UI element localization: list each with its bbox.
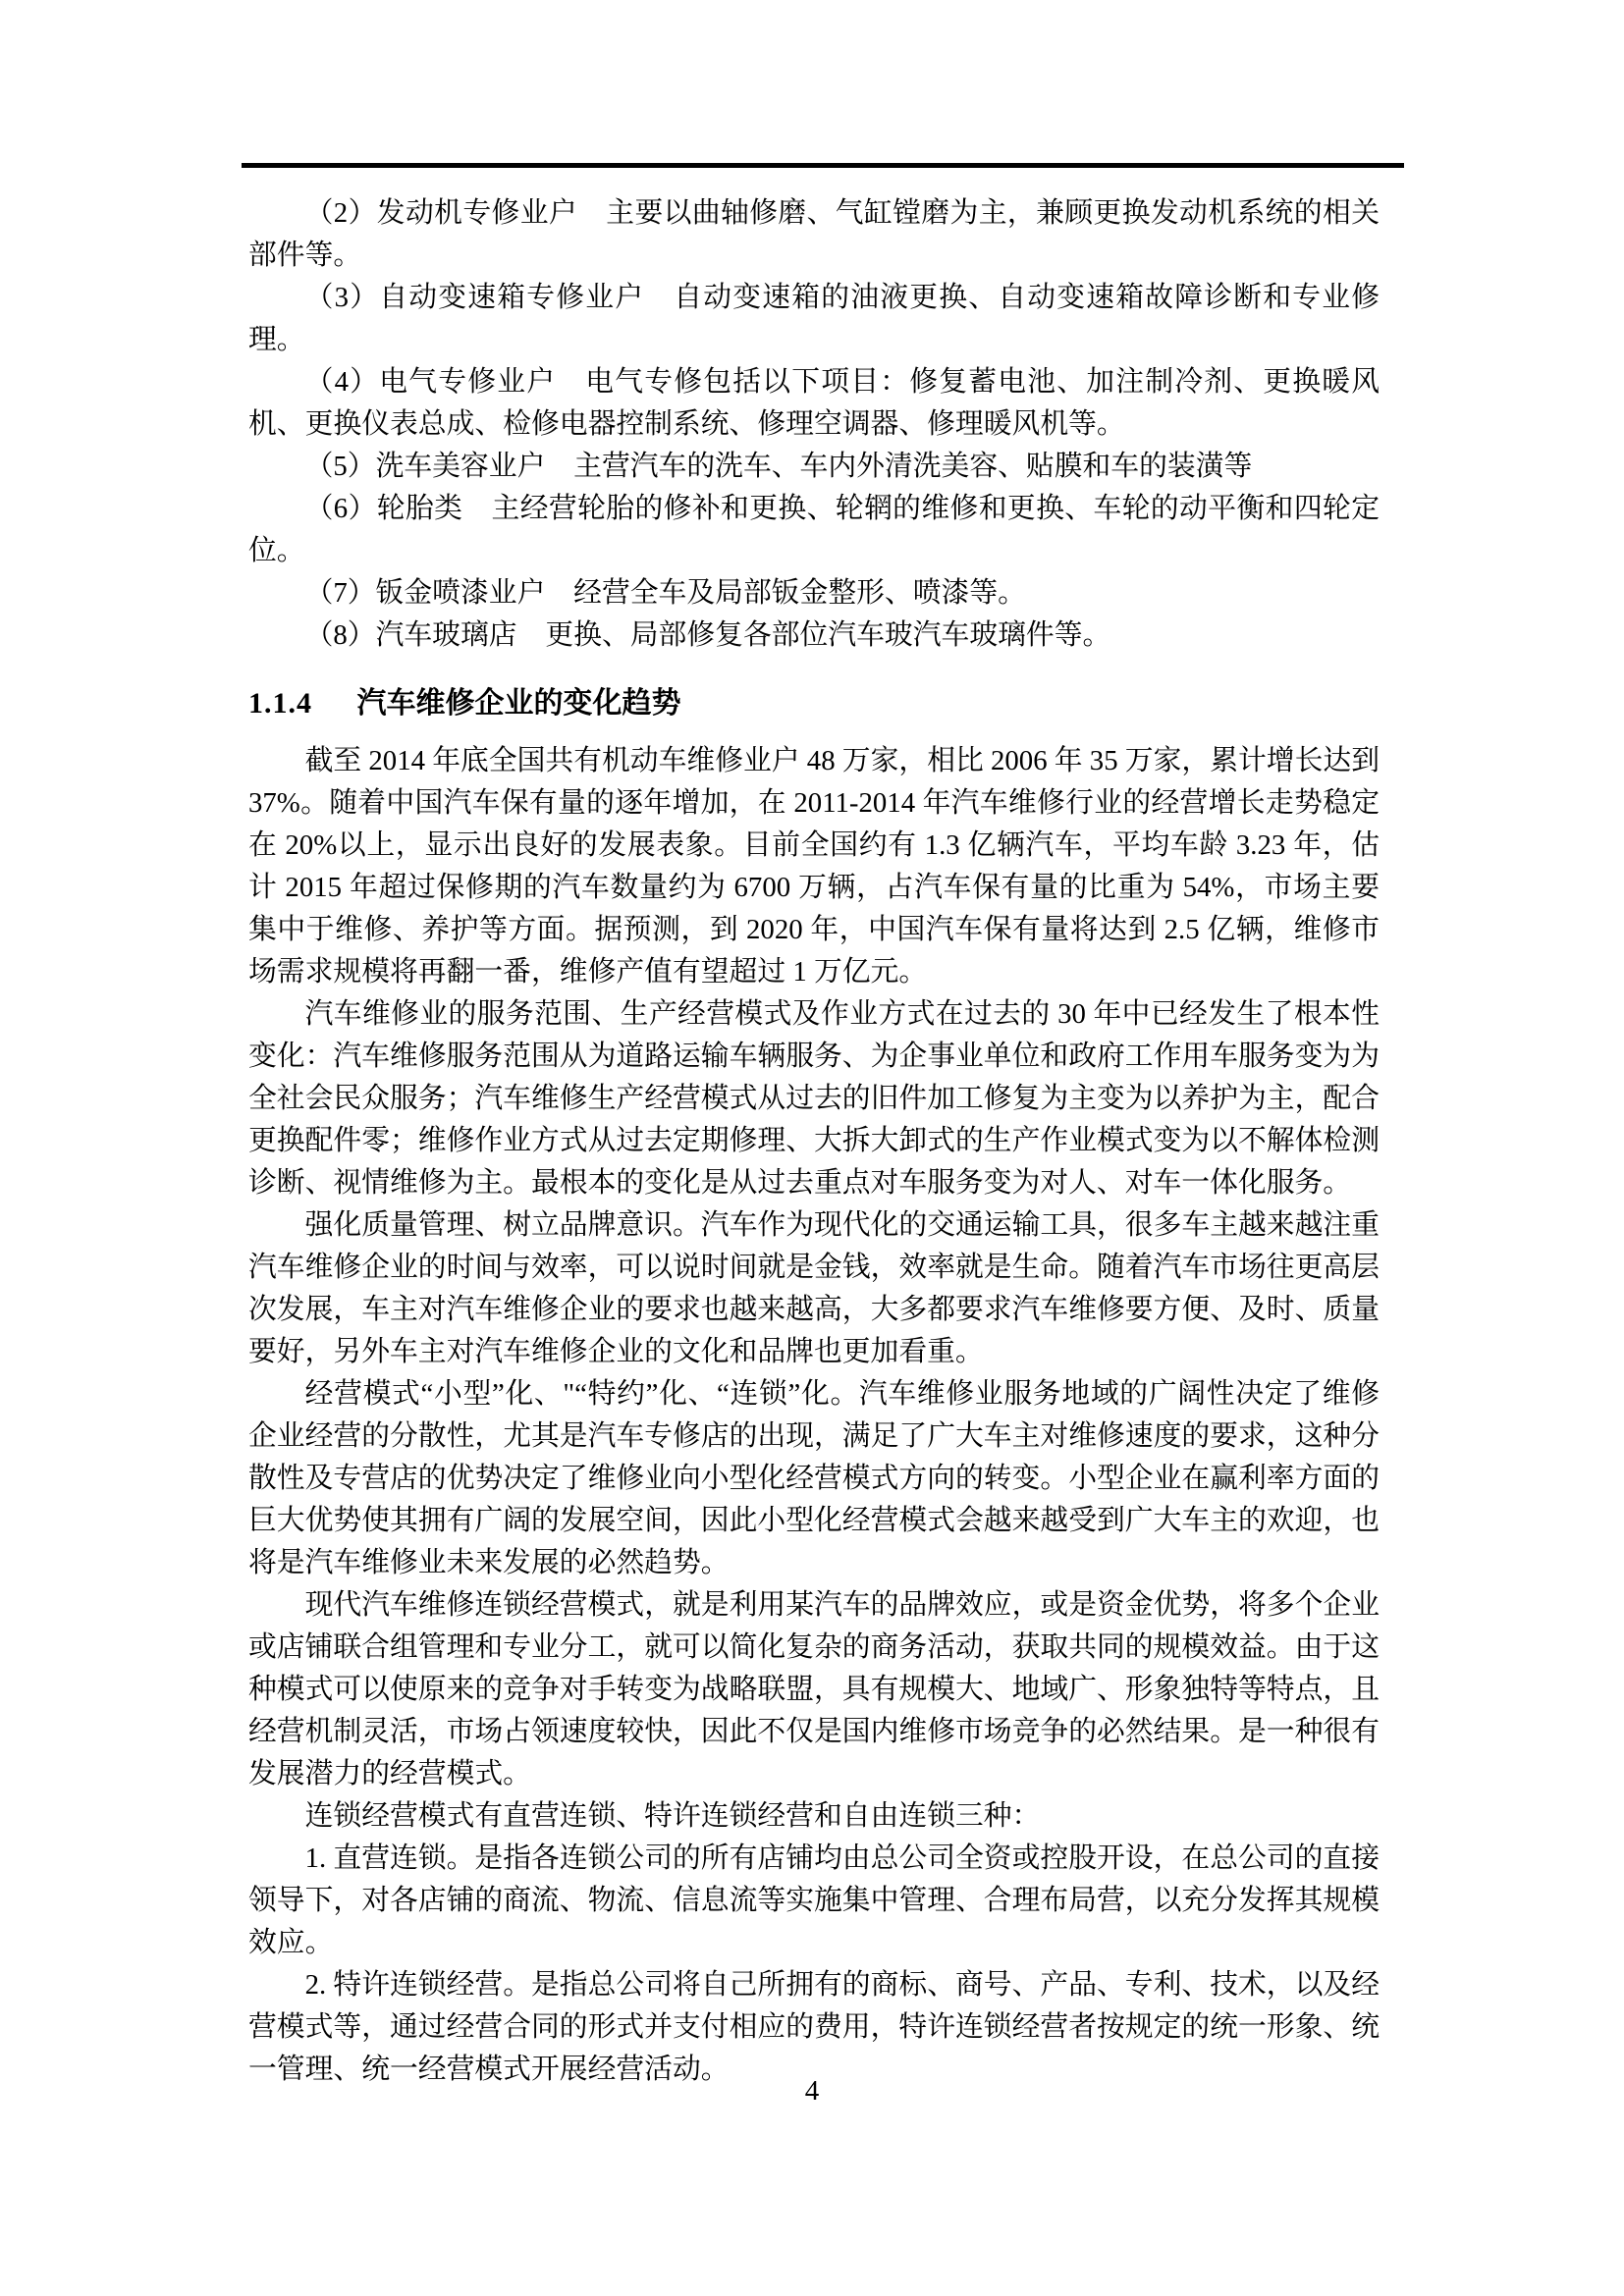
list-item: （7）钣金喷漆业户 经营全车及局部钣金整形、喷漆等。 bbox=[248, 572, 1380, 614]
header-rule bbox=[242, 163, 1404, 168]
document-page: （2）发动机专修业户 主要以曲轴修磨、气缸镗磨为主，兼顾更换发动机系统的相关部件… bbox=[0, 0, 1624, 2296]
section-heading: 1.1.4 汽车维修企业的变化趋势 bbox=[248, 682, 1380, 724]
paragraph: 现代汽车维修连锁经营模式，就是利用某汽车的品牌效应，或是资金优势，将多个企业或店… bbox=[248, 1584, 1380, 1795]
paragraph: 1. 直营连锁。是指各连锁公司的所有店铺均由总公司全资或控股开设，在总公司的直接… bbox=[248, 1838, 1380, 1964]
page-number: 4 bbox=[0, 2073, 1624, 2109]
list-item: （6）轮胎类 主经营轮胎的修补和更换、轮辋的维修和更换、车轮的动平衡和四轮定位。 bbox=[248, 488, 1380, 572]
paragraph: 截至 2014 年底全国共有机动车维修业户 48 万家，相比 2006 年 35… bbox=[248, 740, 1380, 993]
list-item: （2）发动机专修业户 主要以曲轴修磨、气缸镗磨为主，兼顾更换发动机系统的相关部件… bbox=[248, 192, 1380, 277]
list-item: （4）电气专修业户 电气专修包括以下项目：修复蓄电池、加注制冷剂、更换暖风机、更… bbox=[248, 361, 1380, 446]
page-content: （2）发动机专修业户 主要以曲轴修磨、气缸镗磨为主，兼顾更换发动机系统的相关部件… bbox=[248, 192, 1380, 2091]
list-item: （3）自动变速箱专修业户 自动变速箱的油液更换、自动变速箱故障诊断和专业修理。 bbox=[248, 277, 1380, 361]
list-item: （5）洗车美容业户 主营汽车的洗车、车内外清洗美容、贴膜和车的装潢等 bbox=[248, 446, 1380, 488]
paragraph: 汽车维修业的服务范围、生产经营模式及作业方式在过去的 30 年中已经发生了根本性… bbox=[248, 993, 1380, 1204]
paragraph: 连锁经营模式有直营连锁、特许连锁经营和自由连锁三种： bbox=[248, 1795, 1380, 1838]
paragraph: 经营模式“小型”化、"“特约”化、“连锁”化。汽车维修业服务地域的广阔性决定了维… bbox=[248, 1373, 1380, 1584]
paragraph: 2. 特许连锁经营。是指总公司将自己所拥有的商标、商号、产品、专利、技术，以及经… bbox=[248, 1964, 1380, 2091]
list-item: （8）汽车玻璃店 更换、局部修复各部位汽车玻汽车玻璃件等。 bbox=[248, 614, 1380, 657]
paragraph: 强化质量管理、树立品牌意识。汽车作为现代化的交通运输工具，很多车主越来越注重汽车… bbox=[248, 1204, 1380, 1373]
section-title: 汽车维修企业的变化趋势 bbox=[357, 687, 681, 720]
section-number: 1.1.4 bbox=[248, 687, 312, 720]
